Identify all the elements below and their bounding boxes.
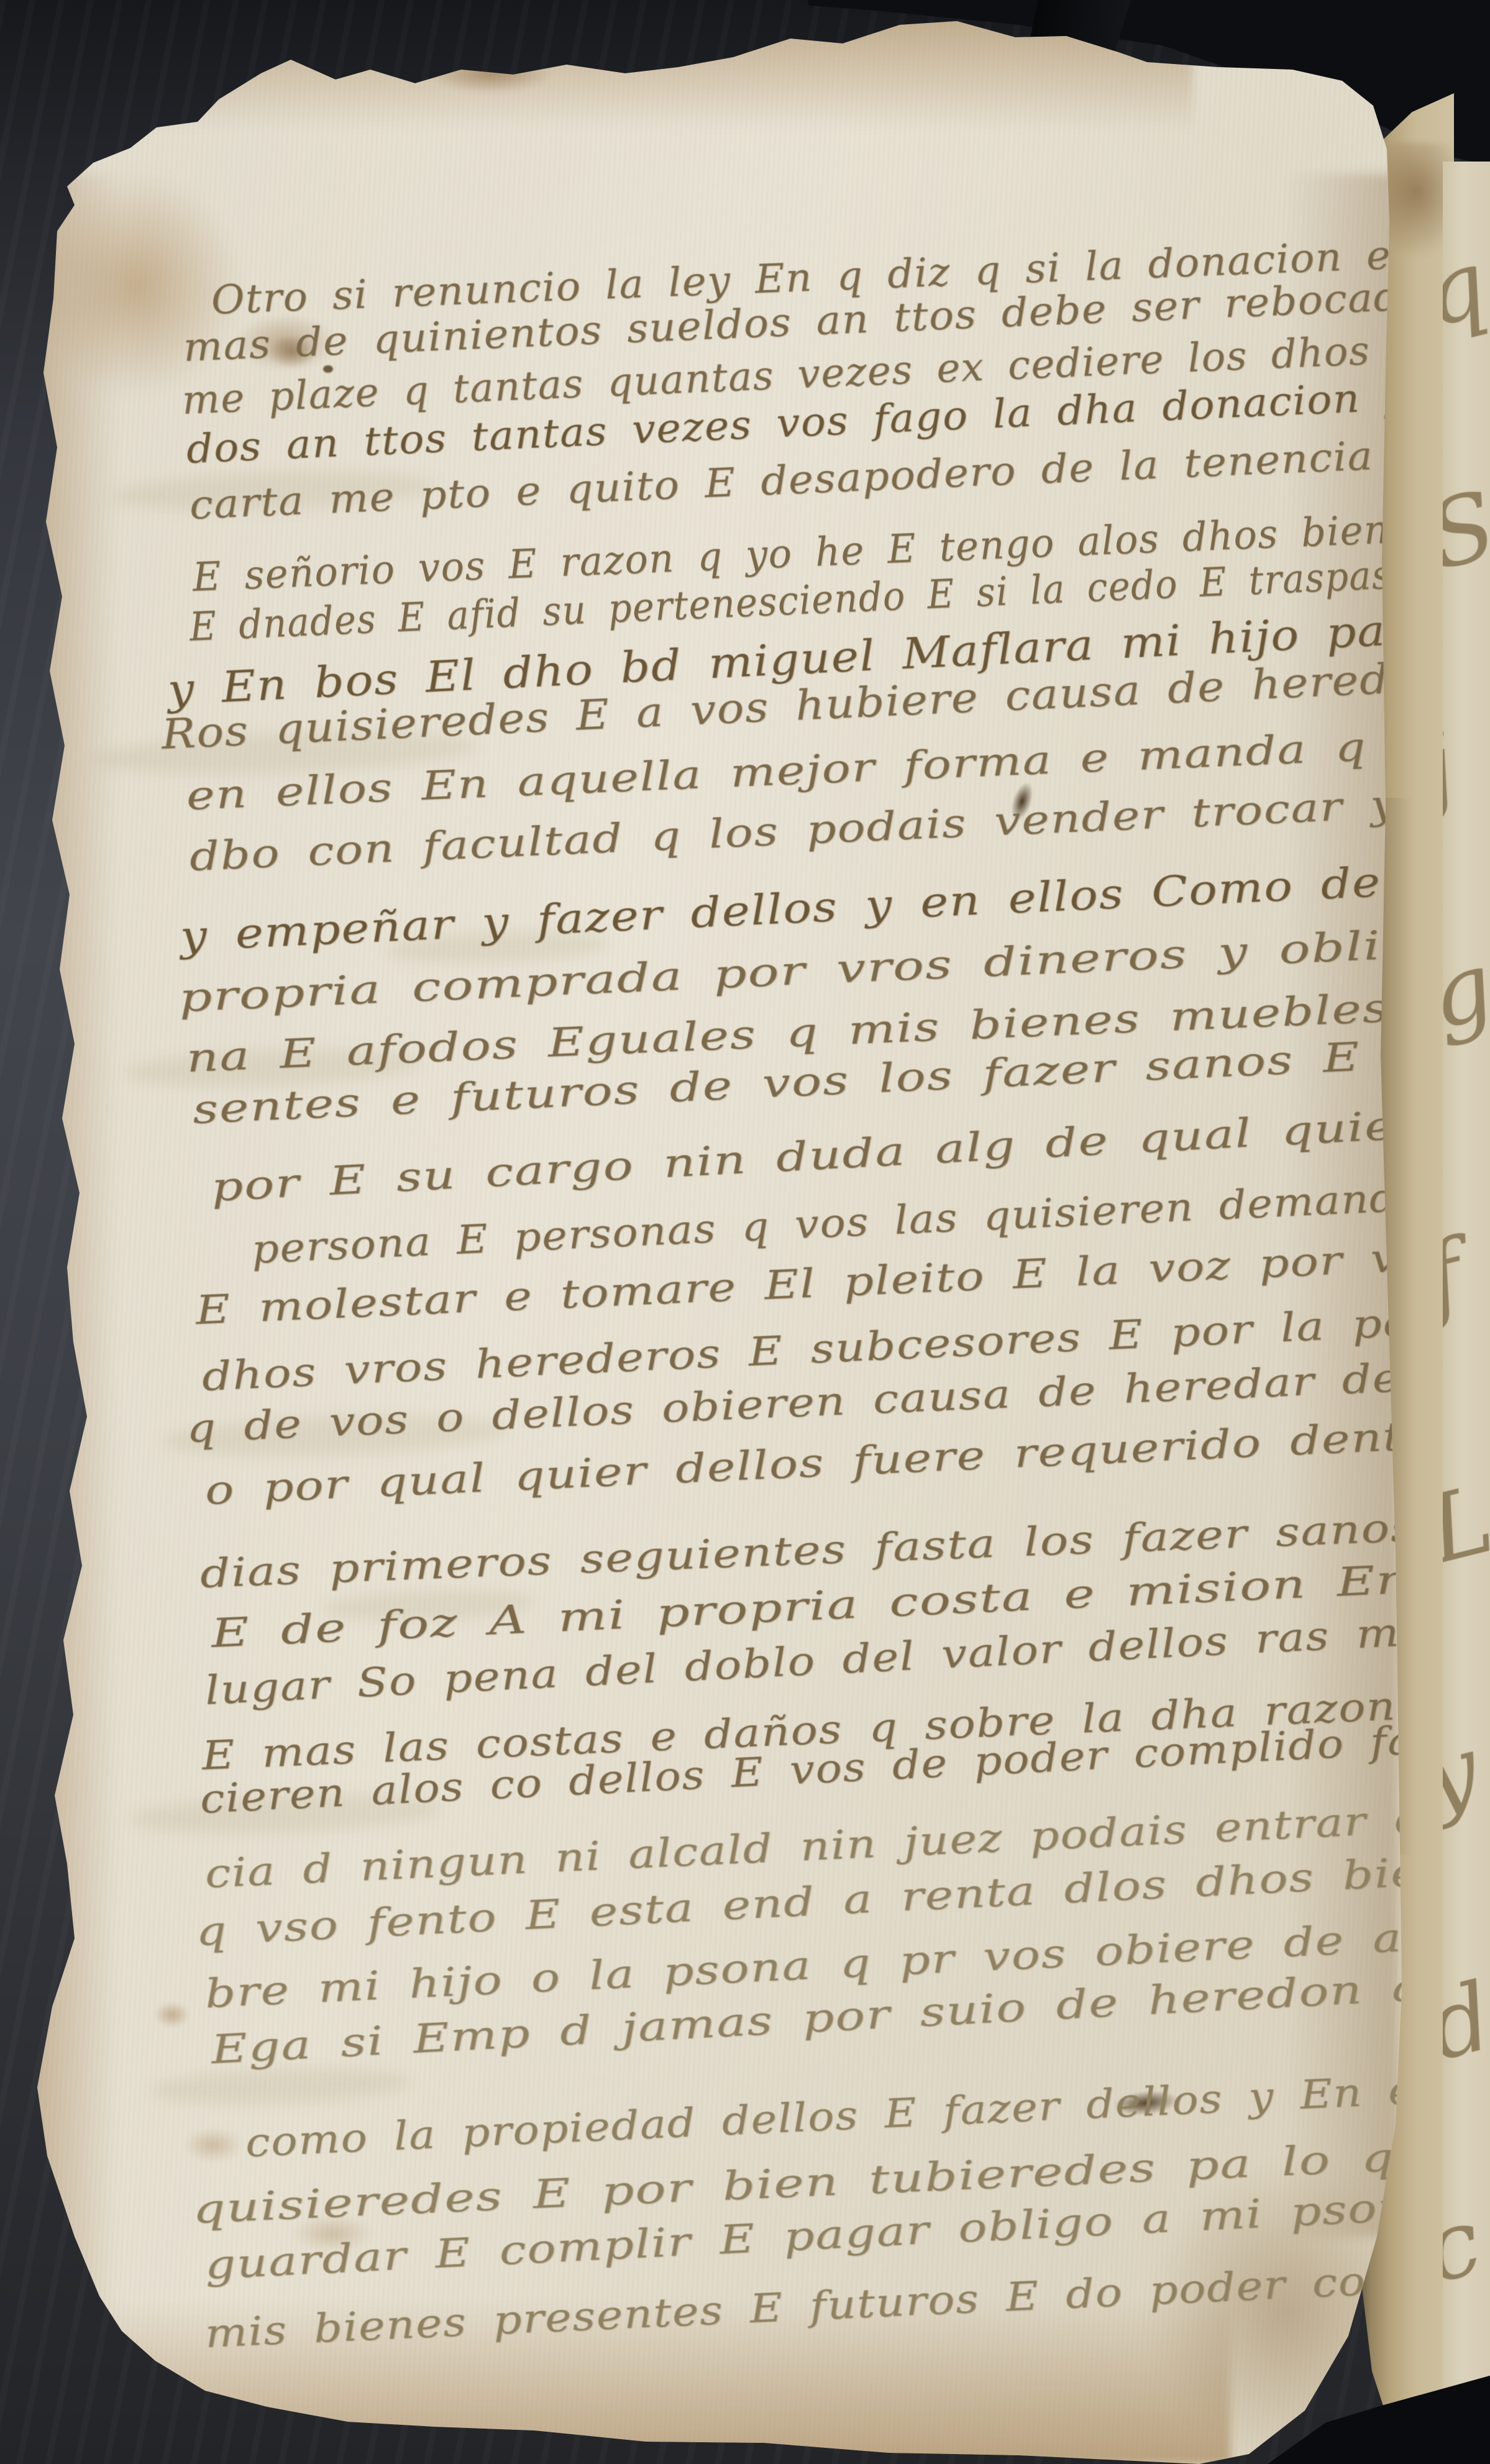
- foxing-spot: [154, 2002, 190, 2028]
- foxing-spot: [183, 2128, 242, 2162]
- facing-page-stroke: L: [1443, 1472, 1490, 1578]
- facing-page-stroke: f: [1443, 1228, 1472, 1326]
- facing-page-edge: q S j g f L y d c: [1443, 162, 1490, 2411]
- facing-page-stroke: g: [1443, 939, 1490, 1044]
- facing-page-stroke: q: [1443, 237, 1490, 342]
- paper-edge-toning: [19, 174, 118, 2311]
- verso-show-through: [149, 2065, 411, 2109]
- stain: [429, 55, 553, 93]
- facing-page-stroke: S: [1443, 478, 1490, 584]
- manuscript-page: Otro si renuncio la ley En q diz q si la…: [0, 0, 1490, 2464]
- facing-page-stroke: y: [1443, 1722, 1488, 1825]
- facing-page-stroke: j: [1443, 719, 1464, 816]
- facing-page-stroke: d: [1443, 1970, 1490, 2075]
- facing-page-stroke: c: [1443, 2194, 1489, 2297]
- manuscript-photo: q S j g f L y d c Otro si renuncio: [0, 0, 1490, 2464]
